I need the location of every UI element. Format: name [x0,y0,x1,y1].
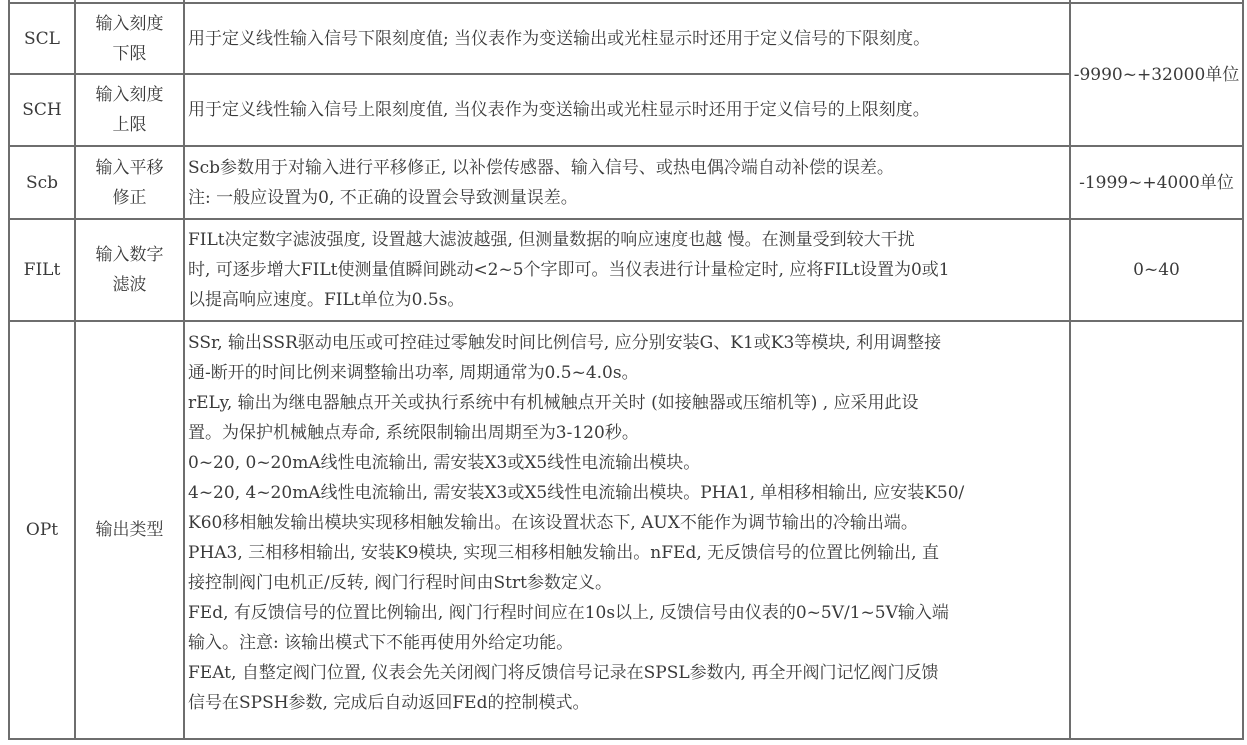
table-row-scl: SCL 输入刻度下限 用于定义线性输入信号下限刻度值; 当仪表作为变送输出或光柱… [9,3,1243,74]
description-line: Scb参数用于对输入进行平移修正, 以补偿传感器、输入信号、或热电偶冷端自动补偿… [188,153,1065,183]
param-name: 输入平移修正 [92,153,168,213]
param-name: 输出类型 [92,515,168,545]
description-line: 输入。注意: 该输出模式下不能再使用外给定功能。 [188,628,1065,658]
description-line: 用于定义线性输入信号下限刻度值; 当仪表作为变送输出或光柱显示时还用于定义信号的… [188,24,1065,54]
table-row-sch: SCH 输入刻度上限 用于定义线性输入信号上限刻度值, 当仪表作为变送输出或光柱… [9,74,1243,146]
description-line: 0~20, 0~20mA线性电流输出, 需安装X3或X5线性电流输出模块。 [188,448,1065,478]
param-description: 用于定义线性输入信号上限刻度值, 当仪表作为变送输出或光柱显示时还用于定义信号的… [184,74,1070,146]
description-line: 信号在SPSH参数, 完成后自动返回FEd的控制模式。 [188,688,1065,718]
param-code: FILt [9,219,75,321]
param-name: 输入数字滤波 [92,240,168,300]
table-row-filt: FILt 输入数字滤波 FILt决定数字滤波强度, 设置越大滤波越强, 但测量数… [9,219,1243,321]
param-name: 输入刻度上限 [92,80,168,140]
param-description: Scb参数用于对输入进行平移修正, 以补偿传感器、输入信号、或热电偶冷端自动补偿… [184,146,1070,219]
param-range: -1999~+4000单位 [1070,146,1243,219]
param-description: FILt决定数字滤波强度, 设置越大滤波越强, 但测量数据的响应速度也越 慢。在… [184,219,1070,321]
description-line: 时, 可逐步增大FILt使测量值瞬间跳动<2~5个字即可。当仪表进行计量检定时,… [188,255,1065,285]
description-line: FEd, 有反馈信号的位置比例输出, 阀门行程时间应在10s以上, 反馈信号由仪… [188,598,1065,628]
description-line: FEAt, 自整定阀门位置, 仪表会先关闭阀门将反馈信号记录在SPSL参数内, … [188,658,1065,688]
param-range: 0~40 [1070,219,1243,321]
description-line: 用于定义线性输入信号上限刻度值, 当仪表作为变送输出或光柱显示时还用于定义信号的… [188,95,1065,125]
description-line: SSr, 输出SSR驱动电压或可控硅过零触发时间比例信号, 应分别安装G、K1或… [188,328,1065,358]
param-code: SCH [9,74,75,146]
param-description: SSr, 输出SSR驱动电压或可控硅过零触发时间比例信号, 应分别安装G、K1或… [184,321,1070,739]
description-line: FILt决定数字滤波强度, 设置越大滤波越强, 但测量数据的响应速度也越 慢。在… [188,225,1065,255]
param-code: Scb [9,146,75,219]
param-description: 用于定义线性输入信号下限刻度值; 当仪表作为变送输出或光柱显示时还用于定义信号的… [184,3,1070,74]
table-row-opt: OPt 输出类型 SSr, 输出SSR驱动电压或可控硅过零触发时间比例信号, 应… [9,321,1243,739]
description-line: 通-断开的时间比例来调整输出功率, 周期通常为0.5~4.0s。 [188,358,1065,388]
parameter-table: SCL 输入刻度下限 用于定义线性输入信号下限刻度值; 当仪表作为变送输出或光柱… [8,0,1244,740]
range-value: 0~40 [1133,260,1180,280]
description-line: rELy, 输出为继电器触点开关或执行系统中有机械触点开关时 (如接触器或压缩机… [188,388,1065,418]
param-range: -9990~+32000单位 [1070,3,1243,146]
description-line: 以提高响应速度。FILt单位为0.5s。 [188,285,1065,315]
param-code: OPt [9,321,75,739]
description-line: 置。为保护机械触点寿命, 系统限制输出周期至为3-120秒。 [188,418,1065,448]
description-line: 4~20, 4~20mA线性电流输出, 需安装X3或X5线性电流输出模块。PHA… [188,478,1065,508]
param-code: SCL [9,3,75,74]
description-line: K60移相触发输出模块实现移相触发输出。在该设置状态下, AUX不能作为调节输出… [188,508,1065,538]
range-value: -1999~+4000单位 [1079,173,1234,193]
param-name: 输入刻度下限 [92,9,168,69]
description-line: 注: 一般应设置为0, 不正确的设置会导致测量误差。 [188,183,1065,213]
range-value: -9990~+32000单位 [1074,65,1240,85]
description-line: PHA3, 三相移相输出, 安装K9模块, 实现三相移相触发输出。nFEd, 无… [188,538,1065,568]
table-row-scb: Scb 输入平移修正 Scb参数用于对输入进行平移修正, 以补偿传感器、输入信号… [9,146,1243,219]
param-range [1070,321,1243,739]
description-line: 接控制阀门电机正/反转, 阀门行程时间由Strt参数定义。 [188,568,1065,598]
